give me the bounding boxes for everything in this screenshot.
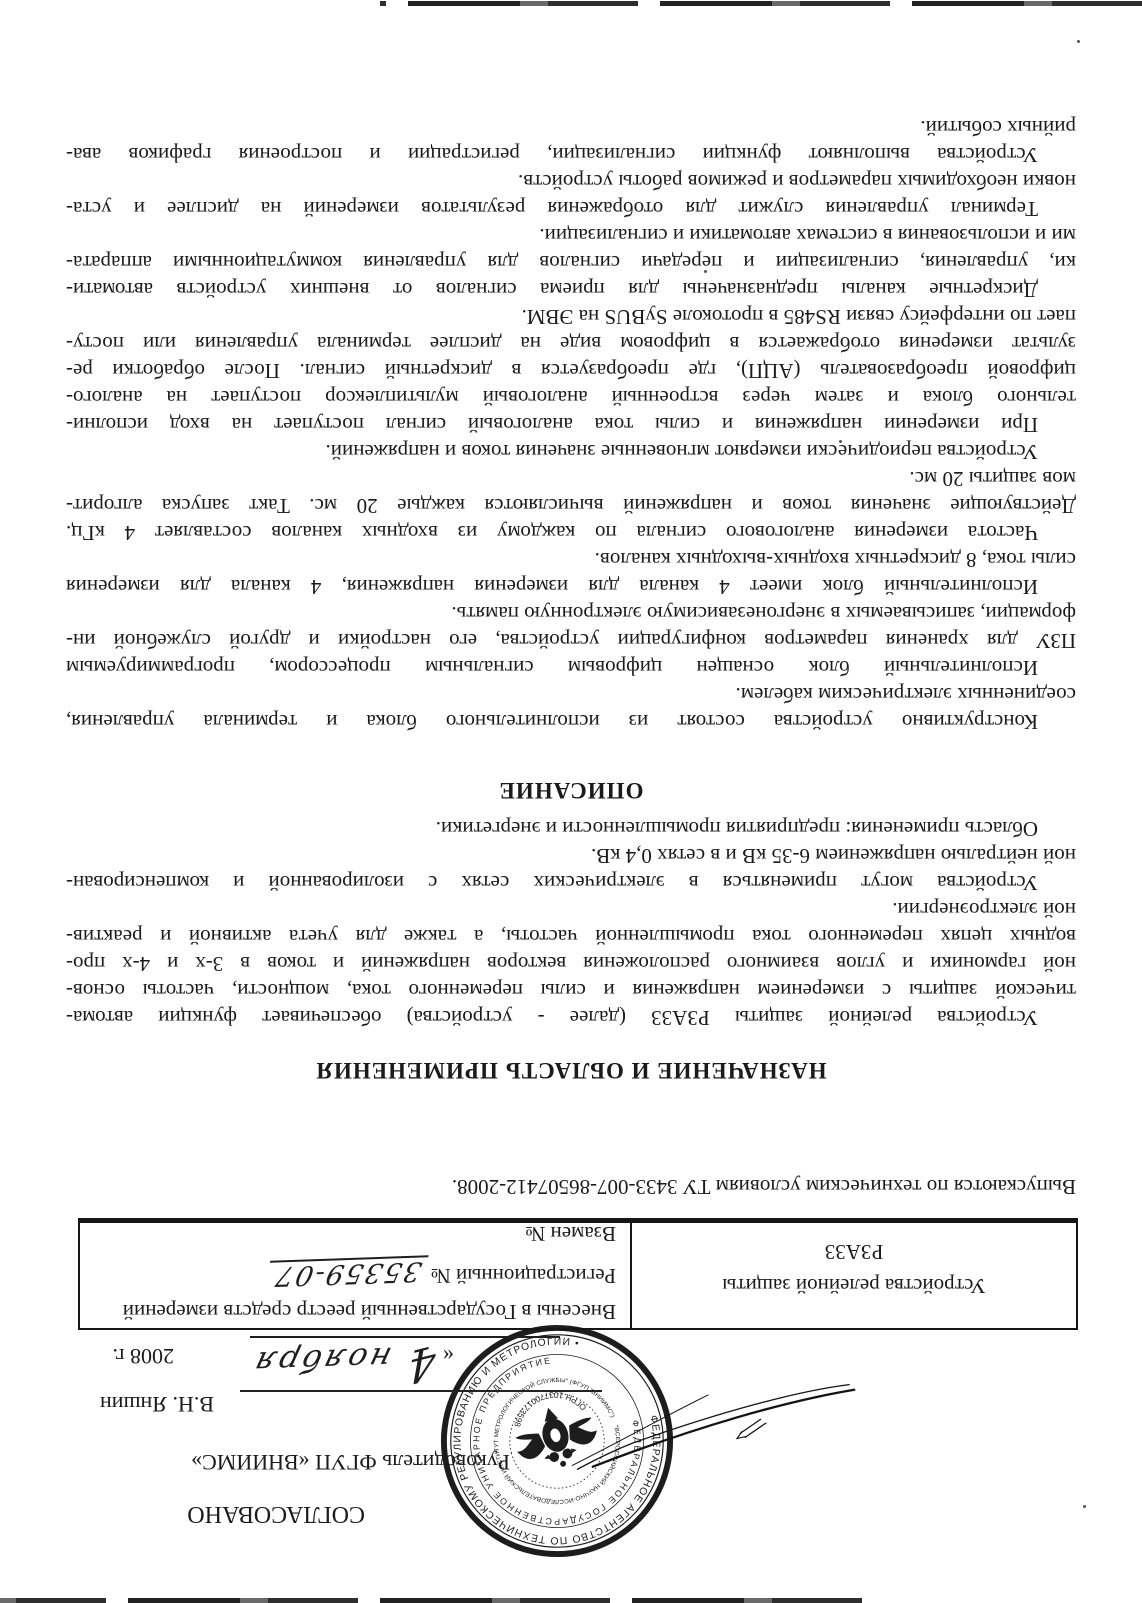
body-text-line: соединенных электрическим кабелем.	[66, 681, 1076, 708]
body-text-line: ПЗУ для хранения параметров конфигурации…	[66, 627, 1076, 654]
scan-speck	[1083, 1505, 1086, 1508]
body-text-line: водных цепях переменного тока промышленн…	[66, 923, 1076, 950]
technical-conditions-line: Выпускаются по техническим условиям ТУ 3…	[66, 1174, 1076, 1199]
body-text-line: тельного блока и затем через встроенный …	[66, 384, 1076, 411]
body-text-line: Дискретные каналы предназначены для прие…	[66, 276, 1076, 303]
body-text-line: ми и использования в системах автоматики…	[66, 222, 1076, 249]
body-text-line: зультат измерения отображается в цифрово…	[66, 330, 1076, 357]
body-text-line: Устройства периодически измеряют мгновен…	[66, 438, 1076, 465]
body-text-line: ной электроэнергии.	[66, 896, 1076, 923]
device-model: РЗА33	[632, 1239, 1076, 1264]
body-text-line: тической защиты с измерением напряжения …	[66, 977, 1076, 1004]
body-text-line: Устройства релейной защиты РЗА33 (далее …	[66, 1004, 1076, 1031]
body-text-line: Конструктивно устройства состоят из испо…	[66, 708, 1076, 735]
section-title-purpose: НАЗНАЧЕНИЕ И ОБЛАСТЬ ПРИМЕНЕНИЯ	[66, 1057, 1076, 1083]
scanned-document-page: ФЕДЕРАЛЬНОЕ АГЕНТСТВО ПО ТЕХНИЧЕСКОМУ РЕ…	[0, 0, 1142, 1603]
agreed-label: СОГЛАСОВАНО	[187, 1500, 365, 1527]
body-text-line: пает по интерфейсу связи RS485 в протоко…	[66, 303, 1076, 330]
body-text-line: формации, записываемых в энергонезависим…	[66, 600, 1076, 627]
body-text-line: ной гармоники и углов взаимного располож…	[66, 950, 1076, 977]
document-rotated-180: ФЕДЕРАЛЬНОЕ АГЕНТСТВО ПО ТЕХНИЧЕСКОМУ РЕ…	[0, 0, 1142, 1603]
device-name: Устройства релейной защиты	[632, 1273, 1076, 1298]
registration-label: Регистрационный №	[431, 1264, 616, 1288]
registry-line: Внесены в Государственный реестр средств…	[90, 1299, 616, 1324]
registration-row: Регистрационный № 35359-07	[90, 1258, 616, 1288]
scan-edge-artifact-top	[0, 1598, 862, 1603]
body-text-line: ки, управления, сигнализации и передачи …	[66, 249, 1076, 276]
body-text-line: Терминал управления служит для отображен…	[66, 195, 1076, 222]
body-text-line: силы тока, 8 дискретных входных-выходных…	[66, 546, 1076, 573]
body-text-line: новки необходимых параметров и режимов р…	[66, 168, 1076, 195]
date-year: 2008 г.	[112, 1343, 174, 1369]
scan-edge-artifact-bottom	[380, 1, 1142, 6]
section-body-purpose: Устройства релейной защиты РЗА33 (далее …	[66, 815, 1076, 1031]
replaces-label: Взамен №	[90, 1221, 616, 1246]
body-text-line: Область применения: предприятия промышле…	[66, 815, 1076, 842]
body-text-line: ной нейтралью напряжением 6-35 кВ и в се…	[66, 842, 1076, 869]
body-text-line: Устройства выполняют функции сигнализаци…	[66, 141, 1076, 168]
body-text-line: Действующие значения токов и напряжений …	[66, 492, 1076, 519]
section-title-description: ОПИСАНИЕ	[66, 777, 1076, 803]
body-text-line: мов защиты 20 мс.	[66, 465, 1076, 492]
body-text-line: Устройства могут применяться в электриче…	[66, 869, 1076, 896]
body-text-line: Исполнительный блок имеет 4 канала для и…	[66, 573, 1076, 600]
approver-name: В.Н. Яншин	[100, 1391, 214, 1417]
body-text-line: рийных событий.	[66, 114, 1076, 141]
body-text-line: Исполнительный блок оснащен цифровым сиг…	[66, 654, 1076, 681]
body-text-line: цифровой преобразователь (АЦП), где прео…	[66, 357, 1076, 384]
body-text-line: При измерении напряжения и силы тока ана…	[66, 411, 1076, 438]
registry-table: Устройства релейной защиты РЗА33 Внесены…	[78, 1218, 1078, 1330]
registration-number-handwritten: 35359-07	[264, 1255, 429, 1288]
section-body-description: Конструктивно устройства состоят из испо…	[66, 114, 1076, 735]
body-text-line: Частота измерения аналогового сигнала по…	[66, 519, 1076, 546]
scan-speck	[1077, 40, 1080, 43]
